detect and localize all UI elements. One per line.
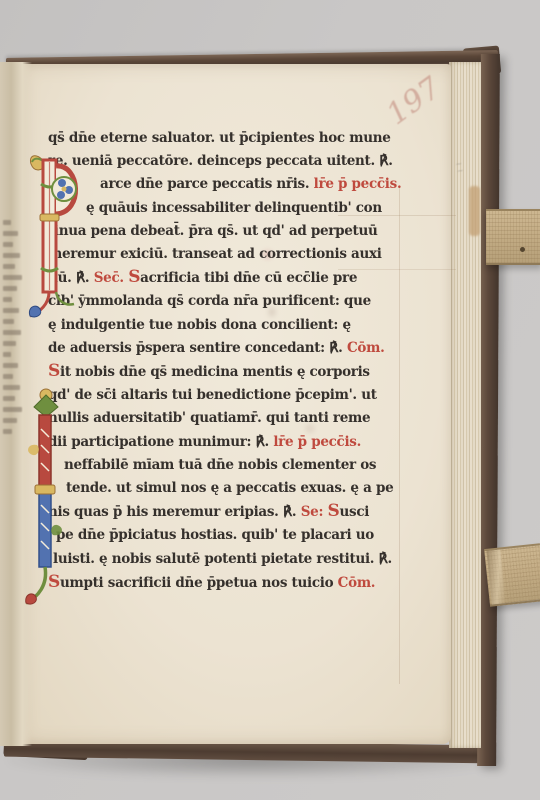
facing-page-text-line bbox=[3, 341, 16, 346]
facing-page-text-line bbox=[3, 220, 11, 225]
text-line: cib' ȳmmolanda qs̄ corda nr̄a purificent… bbox=[48, 290, 408, 313]
text-line: pe dn̄e p̄piciatus hostias. quib' te pla… bbox=[56, 524, 408, 547]
text-line: ę quāuis incessabiliter delinquentib' co… bbox=[86, 197, 408, 220]
text-line: neffabilē mīam tuā dn̄e nobis clementer … bbox=[64, 454, 408, 477]
facing-page-text-line bbox=[3, 330, 21, 335]
clasp-strap-upper bbox=[486, 209, 540, 265]
facing-page-text-line bbox=[3, 253, 20, 258]
text-line: nullis aduersitatib' quatiamr̄. qui tant… bbox=[48, 407, 408, 430]
text-line: meremur exiciū. transeat ad correctionis… bbox=[48, 243, 408, 266]
photograph-background: ~~ 197 qs̄ dn̄e eterne saluator. ut p̄ci… bbox=[0, 0, 540, 800]
text-line: tinua pena debeat̄. p̄ra qs̄. ut qd' ad … bbox=[48, 220, 408, 243]
facing-page-text-line bbox=[3, 264, 15, 269]
text-line: liū. ℟. Sec̄. Sacrificia tibi dn̄e cū ec… bbox=[48, 266, 408, 290]
facing-page-text-line bbox=[3, 385, 20, 390]
text-line: luisti. ę nobis salutē potenti pietate r… bbox=[53, 548, 408, 571]
facing-page-text-line bbox=[3, 308, 19, 313]
text-line: nis quas p̄ his meremur eripias. ℟. Se: … bbox=[48, 500, 408, 524]
text-line: de aduersis p̄spera sentire concedant: ℟… bbox=[48, 337, 408, 360]
facing-page-text-line bbox=[3, 231, 18, 236]
facing-page-text-line bbox=[3, 418, 17, 423]
illuminated-initial-I bbox=[24, 385, 68, 615]
facing-page-text-line bbox=[3, 297, 12, 302]
facing-page-text-line bbox=[3, 363, 18, 368]
facing-page-text-line bbox=[3, 407, 22, 412]
facing-page-text bbox=[1, 214, 23, 530]
facing-page-text-line bbox=[3, 275, 22, 280]
text-line: Sit nobis dn̄e qs̄ medicina mentis ę cor… bbox=[48, 360, 408, 384]
facing-page-text-line bbox=[3, 352, 11, 357]
fore-edge-stain bbox=[469, 186, 480, 236]
facing-page-text-line bbox=[3, 286, 17, 291]
facing-page-text-line bbox=[3, 429, 12, 434]
illuminated-initial-P bbox=[26, 150, 82, 320]
facing-page-text-line bbox=[3, 396, 15, 401]
facing-page-text-line bbox=[3, 242, 13, 247]
text-line: qs̄ dn̄e eterne saluator. ut p̄cipientes… bbox=[48, 127, 408, 150]
text-line: Sumpti sacrificii dn̄e p̄petua nos tuici… bbox=[48, 571, 408, 595]
text-line: qd' de sc̄i altaris tui benedictione p̄c… bbox=[48, 384, 408, 407]
facing-page-text-line bbox=[3, 374, 13, 379]
facing-page-text-line bbox=[3, 319, 14, 324]
text-line: dii participatione munimur: ℟. lr̄e p̄ p… bbox=[48, 431, 408, 454]
text-line: ę indulgentie tue nobis dona concilient:… bbox=[48, 314, 408, 337]
text-line: re. ueniā peccatōre. deinceps peccata ui… bbox=[48, 150, 408, 173]
text-line: tende. ut simul nos ę a peccatis exuas. … bbox=[66, 477, 408, 500]
text-block: qs̄ dn̄e eterne saluator. ut p̄cipientes… bbox=[48, 127, 408, 595]
text-line: arce dn̄e parce peccatis nr̄is. lr̄e p̄ … bbox=[100, 173, 408, 196]
text-lines: qs̄ dn̄e eterne saluator. ut p̄cipientes… bbox=[48, 127, 408, 595]
clasp-strap-lower bbox=[484, 543, 540, 607]
